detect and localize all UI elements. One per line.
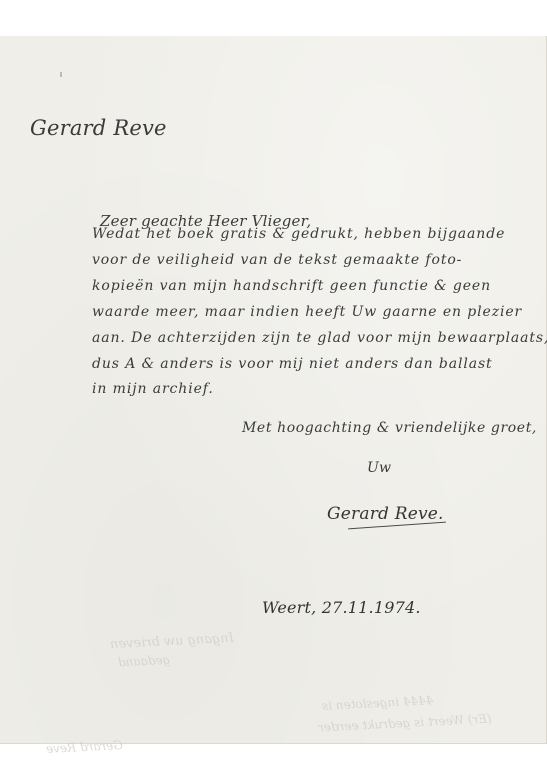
- letter-paper: Gerard Reve Zeer geachte Heer Vlieger, W…: [0, 36, 547, 744]
- bleed-through-text: Gerard Reve: [46, 738, 123, 756]
- closing-line: Met hoogachting & vriendelijke groet,: [242, 420, 537, 436]
- body-line: aan. De achterzijden zijn te glad voor m…: [92, 330, 547, 346]
- body-line: kopieën van mijn handschrift geen functi…: [92, 278, 491, 294]
- body-line: waarde meer, maar indien heeft Uw gaarne…: [92, 304, 522, 320]
- body-line: in mijn archief.: [92, 381, 214, 397]
- bleed-through-text: gedaand: [118, 653, 171, 670]
- paper-mark: [60, 72, 62, 77]
- bleed-through-text: Ingang uw brieven: [110, 631, 234, 652]
- signature: Gerard Reve.: [327, 504, 444, 524]
- body-line: Wedat het boek gratis & gedrukt, hebben …: [92, 226, 505, 242]
- bleed-through-text: (Er) Weert is gedrukt eerder: [318, 711, 492, 734]
- place-date: Weert, 27.11.1974.: [262, 598, 421, 617]
- body-line: voor de veiligheid van de tekst gemaakte…: [92, 252, 462, 268]
- valediction: Uw: [367, 460, 391, 476]
- letterhead-name: Gerard Reve: [30, 116, 167, 140]
- bleed-through-text: 4444 ingesloten is: [322, 693, 434, 713]
- body-line: dus A & anders is voor mij niet anders d…: [92, 356, 493, 372]
